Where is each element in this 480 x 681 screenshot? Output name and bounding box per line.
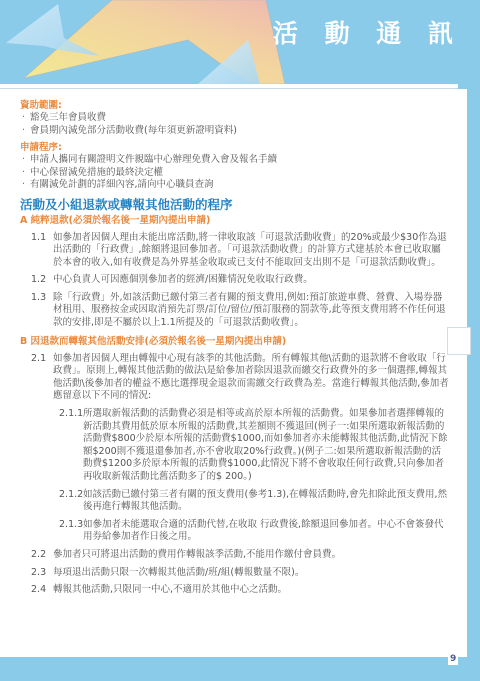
clause-number: 1.1 (20, 232, 53, 270)
application-procedure: 申請程序: 申請人攜同有關證明文件親臨中心辦理免費入會及報名手續 中心保留減免措… (20, 141, 467, 192)
clause-2-2: 2.2 參加者只可將退出活動的費用作轉報該季活動,不能用作繳付會員費。 (20, 549, 467, 562)
list-item: 豁免三年會員收費 (20, 112, 467, 125)
clause-number: 2.1.3 (48, 519, 83, 544)
clause-text: 如參加者因個人理由未能出席活動,將一律收取該「可退款活動收費」的20%或最少$3… (53, 232, 449, 270)
clause-2-1-2: 2.1.2 如該活動已繳付第三者有關的預支費用(參考1.3),在轉報活動時,會先… (20, 489, 467, 514)
content-panel: 資助範圍: 豁免三年會員收費 會員期內減免部分活動收費(每年須更新證明資料) 申… (0, 89, 467, 657)
clause-2-1-3: 2.1.3 如參加者未能選取合適的活動代替,在收取 行政費後,餘額退回參加者。中… (20, 519, 467, 544)
clause-2-3: 2.3 每項退出活動只限一次轉報其他活動/班/組(轉報數量不限)。 (20, 567, 467, 580)
clause-number: 2.2 (20, 549, 53, 562)
section-a-heading: A 純粹退款(必須於報名後一星期內提出申請) (20, 214, 467, 228)
clause-2-4: 2.4 轉報其他活動,只限同一中心,不適用於其他中心之活動。 (20, 584, 467, 597)
scope-heading: 資助範圍: (20, 99, 467, 112)
clause-text: 參加者只可將退出活動的費用作轉報該季活動,不能用作繳付會員費。 (53, 549, 449, 562)
clause-number: 2.4 (20, 584, 53, 597)
procedure-heading: 申請程序: (20, 141, 467, 154)
clause-number: 2.1.2 (48, 489, 83, 514)
clause-text: 如該活動已繳付第三者有關的預支費用(參考1.3),在轉報活動時,會先扣除此預支費… (83, 489, 449, 514)
clause-2-1: 2.1 如參加者因個人理由轉報中心現有該季的其他活動。所有轉報其他\活動的退款將… (20, 353, 467, 403)
clause-text: 所選取新報活動的活動費必須是相等或高於原本所報的活動費。如果參加者選擇轉報的新活… (83, 408, 449, 484)
clause-number: 1.3 (20, 292, 53, 330)
clause-text: 轉報其他活動,只限同一中心,不適用於其他中心之活動。 (53, 584, 449, 597)
clause-text: 如參加者因個人理由轉報中心現有該季的其他活動。所有轉報其他\活動的退款將不會收取… (53, 353, 449, 403)
list-item: 會員期內減免部分活動收費(每年須更新證明資料) (20, 125, 467, 138)
masthead: 活 動 通 訊 (0, 0, 480, 86)
list-item: 中心保留減免措施的最終決定權 (20, 167, 467, 180)
clause-text: 如參加者未能選取合適的活動代替,在收取 行政費後,餘額退回參加者。中心不會簽發代… (83, 519, 449, 544)
clause-number: 2.1 (20, 353, 53, 403)
side-tab-marker (447, 327, 471, 355)
list-item: 有關減免計劃的詳細內容,請向中心職員查詢 (20, 179, 467, 192)
clause-1-3: 1.3 除「行政費」外,如該活動已繳付第三者有關的預支費用,例如:預訂旅遊車費、… (20, 292, 467, 330)
section-b-heading: B 因退款而轉報其他活動安排(必須於報名後一星期內提出申請) (20, 335, 467, 349)
list-item: 申請人攜同有關證明文件親臨中心辦理免費入會及報名手續 (20, 154, 467, 167)
clause-text: 每項退出活動只限一次轉報其他活動/班/組(轉報數量不限)。 (53, 567, 449, 580)
clause-1-2: 1.2 中心負責人可因應個別參加者的經濟/困難情況免收取行政費。 (20, 274, 467, 287)
clause-number: 2.3 (20, 567, 53, 580)
clause-text: 中心負責人可因應個別參加者的經濟/困難情況免收取行政費。 (53, 274, 449, 287)
clause-number: 1.2 (20, 274, 53, 287)
funding-scope: 資助範圍: 豁免三年會員收費 會員期內減免部分活動收費(每年須更新證明資料) (20, 99, 467, 137)
page-number: 9 (448, 654, 458, 665)
clause-1-1: 1.1 如參加者因個人理由未能出席活動,將一律收取該「可退款活動收費」的20%或… (20, 232, 467, 270)
refund-heading: 活動及小組退款或轉報其他活動的程序 (20, 196, 467, 214)
clause-text: 除「行政費」外,如該活動已繳付第三者有關的預支費用,例如:預訂旅遊車費、營費、入… (53, 292, 449, 330)
newsletter-title: 活 動 通 訊 (273, 14, 462, 50)
clause-number: 2.1.1 (48, 408, 83, 484)
clause-2-1-1: 2.1.1 所選取新報活動的活動費必須是相等或高於原本所報的活動費。如果參加者選… (20, 408, 467, 484)
